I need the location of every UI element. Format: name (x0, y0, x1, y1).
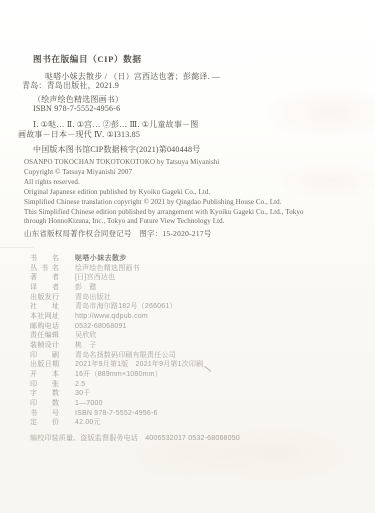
scan-streak (0, 247, 34, 248)
copyright-line: OSANPO TOKOCHAN TOKOTOKOTOKO by Tatsuya … (24, 158, 354, 168)
colophon-row-label: 定价 (30, 418, 59, 428)
colophon-row-label: 责任编辑 (30, 331, 59, 341)
colophon-row-label: 邮购电话 (30, 322, 59, 332)
colophon-row-label: 出版日期 (30, 360, 59, 370)
colophon-row-value: http://www.qdpub.com (75, 313, 148, 320)
copyright-line: through HonnoKizuna, Inc., Tokyo and Fut… (24, 217, 354, 227)
copyright-block: OSANPO TOKOCHAN TOKOTOKOTOKO by Tatsuya … (24, 158, 354, 227)
colophon-row-value: 42.00元 (75, 419, 101, 426)
colophon-row-value: 桃 子 (75, 342, 97, 349)
copyright-line: Simplified Chinese translation copyright… (24, 198, 354, 208)
colophon-row-value: 青岛市海尔路182号（266061） (75, 303, 177, 310)
copyright-line: All rights reserved. (24, 178, 354, 188)
colophon-row: 定价42.00元 (30, 418, 360, 428)
colophon-row-value: 哒嗒小妹去散步 (75, 255, 127, 262)
colophon-row: 社址青岛市海尔路182号（266061） (30, 302, 360, 312)
colophon-row-label: 丛书名 (30, 264, 59, 274)
colophon-row-label: 装帧设计 (30, 341, 59, 351)
colophon-row-value: 吴欣欣 (75, 332, 97, 339)
copyright-line: This Simplified Chinese edition publishe… (24, 208, 354, 218)
quality-hotline-line: 编校印装质量、盗版监督服务电话 4006532017 0532-68068050 (30, 433, 360, 443)
colophon-row-label: 字数 (30, 389, 59, 399)
colophon-row-value: 绘声绘色精选图画书 (75, 265, 140, 272)
colophon-row-label: 开本 (30, 370, 59, 380)
colophon-table: 书名哒嗒小妹去散步丛书名绘声绘色精选图画书著者[日]宫西达也译者彭 懿出版发行青… (30, 254, 360, 428)
pencil-check-mark (204, 365, 213, 372)
colophon-row-value: 0532-68068091 (75, 323, 127, 330)
cip-entry: 哒嗒小妹去散步 / （日）宫西达也著；彭懿译. —青岛：青岛出版社，2021.9 (22, 72, 287, 91)
colophon-row-label: 译者 (30, 283, 59, 293)
cip-series: （绘声绘色精选图画书） (33, 95, 287, 105)
colophon-row: 丛书名绘声绘色精选图画书 (30, 264, 360, 274)
colophon-row-value: 16开（889mm×1080mm） (75, 371, 162, 378)
colophon-row-value: 30千 (75, 390, 90, 397)
colophon-row: 译者彭 懿 (30, 283, 360, 293)
cip-entry-line2: 青岛：青岛出版社，2021.9 (22, 81, 119, 90)
colophon-row-value: 青岛名扬数码印刷有限责任公司 (75, 352, 176, 359)
colophon-row: 字数30千 (30, 389, 360, 399)
colophon-row-label: 著者 (30, 273, 59, 283)
colophon-row: 出版日期2021年9月第1版 2021年9月第1次印刷 (30, 360, 360, 370)
colophon-row: 装帧设计桃 子 (30, 341, 360, 351)
colophon-row: 印张2.5 (30, 380, 360, 390)
colophon-row-label: 本社网址 (30, 312, 59, 322)
copyright-line: Copyright © Tatsuya Miyanishi 2007 (24, 168, 354, 178)
colophon-row-label: 书名 (30, 254, 59, 264)
colophon-row: 本社网址http://www.qdpub.com (30, 312, 360, 322)
colophon-row-label: 印数 (30, 399, 59, 409)
colophon-row: 邮购电话0532-68068091 (30, 322, 360, 332)
cip-entry-line1: 哒嗒小妹去散步 / （日）宫西达也著；彭懿译. — (45, 72, 220, 81)
colophon-row-label: 印张 (30, 380, 59, 390)
cip-block: 图书在版编目（CIP）数据 哒嗒小妹去散步 / （日）宫西达也著；彭懿译. —青… (22, 55, 287, 155)
colophon-row: 著者[日]宫西达也 (30, 273, 360, 283)
colophon-row: 出版发行青岛出版社 (30, 293, 360, 303)
colophon-row: 开本16开（889mm×1080mm） (30, 370, 360, 380)
colophon-page: 图书在版编目（CIP）数据 哒嗒小妹去散步 / （日）宫西达也著；彭懿译. —青… (0, 0, 375, 513)
colophon-row-label: 出版发行 (30, 293, 59, 303)
copyright-registration-line: 山东省版权局著作权合同登记号 图字：15-2020-217号 (24, 228, 354, 239)
colophon-row-label: 社址 (30, 302, 59, 312)
colophon-row-value: 1—7000 (75, 400, 103, 407)
colophon-row: 印刷青岛名扬数码印刷有限责任公司 (30, 351, 360, 361)
cip-record-number: 中国版本图书馆CIP数据核字(2021)第040448号 (33, 145, 287, 155)
colophon-row: 书号ISBN 978-7-5552-4956-6 (30, 409, 360, 419)
copyright-line: Original Japanese edition published by K… (24, 188, 354, 198)
colophon-row-value: 2.5 (75, 381, 85, 388)
colophon-row-label: 印刷 (30, 351, 59, 361)
colophon-row-value: 2021年9月第1版 2021年9月第1次印刷 (75, 361, 203, 368)
colophon-row-value: 彭 懿 (75, 284, 97, 291)
colophon-row: 责任编辑吴欣欣 (30, 331, 360, 341)
cip-classification-line1: Ⅰ. ①哒… Ⅱ. ①宫… ②彭… Ⅲ. ①儿童故事－图 (33, 120, 287, 130)
cip-classification-line2: 画故事－日本－现代 Ⅳ. ①I313.85 (18, 130, 287, 140)
colophon-row-value: [日]宫西达也 (75, 274, 115, 281)
scan-smudge (195, 423, 355, 483)
colophon-row: 书名哒嗒小妹去散步 (30, 254, 360, 264)
colophon-row-label: 书号 (30, 409, 59, 419)
cip-heading: 图书在版编目（CIP）数据 (33, 55, 287, 65)
colophon-row-value: ISBN 978-7-5552-4956-6 (75, 410, 158, 417)
colophon-row: 印数1—7000 (30, 399, 360, 409)
colophon-row-value: 青岛出版社 (75, 294, 111, 301)
cip-isbn: ISBN 978-7-5552-4956-6 (33, 104, 287, 114)
